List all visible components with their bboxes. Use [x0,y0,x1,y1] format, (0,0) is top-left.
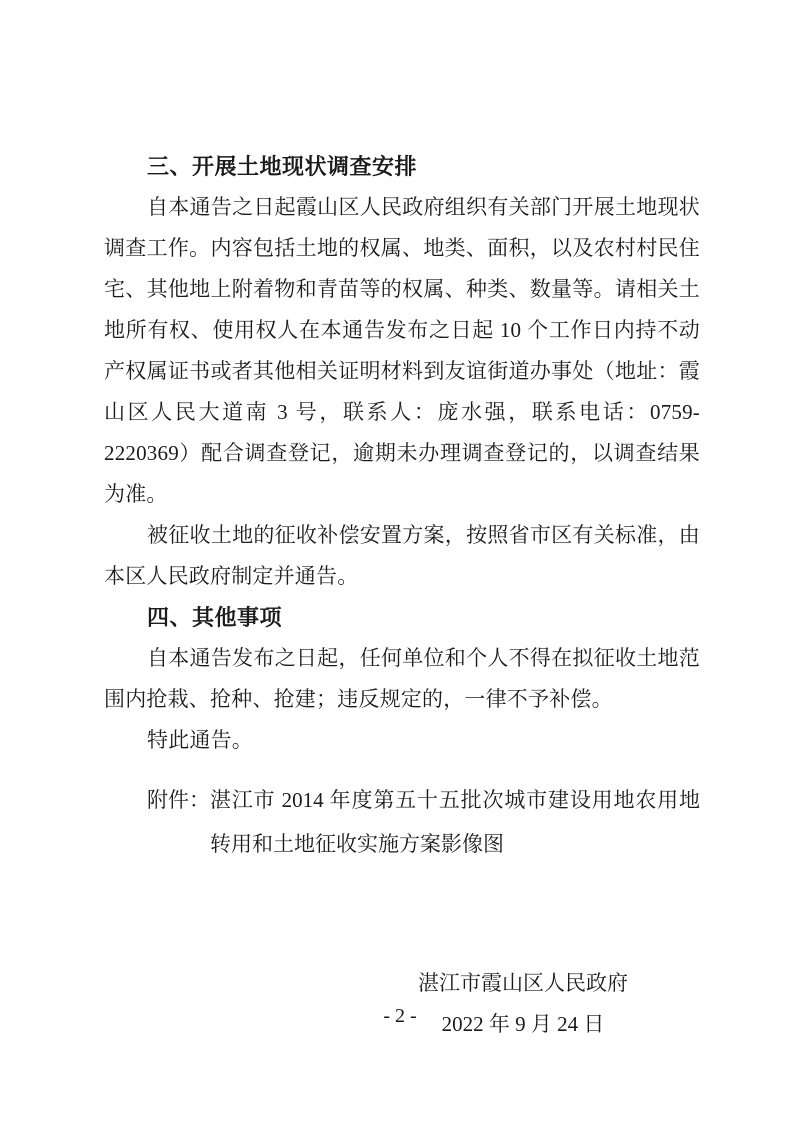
section-3-paragraph-2: 被征收土地的征收补偿安置方案，按照省市区有关标准，由本区人民政府制定并通告。 [104,515,700,597]
document-page: 三、开展土地现状调查安排 自本通告之日起霞山区人民政府组织有关部门开展土地现状调… [0,0,800,1131]
closing-statement: 特此通告。 [104,720,700,761]
section-3-heading: 三、开展土地现状调查安排 [104,146,700,187]
section-4-heading: 四、其他事项 [104,597,700,638]
issuer-name: 湛江市霞山区人民政府 [418,963,628,1004]
notice-body: 三、开展土地现状调查安排 自本通告之日起霞山区人民政府组织有关部门开展土地现状调… [104,146,700,1045]
page-number: - 2 - [0,1004,800,1028]
section-3-paragraph-1: 自本通告之日起霞山区人民政府组织有关部门开展土地现状调查工作。内容包括土地的权属… [104,187,700,515]
attachment-note: 附件： 湛江市 2014 年度第五十五批次城市建设用地农用地转用和土地征收实施方… [104,778,700,866]
attachment-title: 湛江市 2014 年度第五十五批次城市建设用地农用地转用和土地征收实施方案影像图 [210,778,700,866]
attachment-label: 附件： [147,778,210,866]
section-4-paragraph-1: 自本通告发布之日起，任何单位和个人不得在拟征收土地范围内抢栽、抢种、抢建；违反规… [104,638,700,720]
